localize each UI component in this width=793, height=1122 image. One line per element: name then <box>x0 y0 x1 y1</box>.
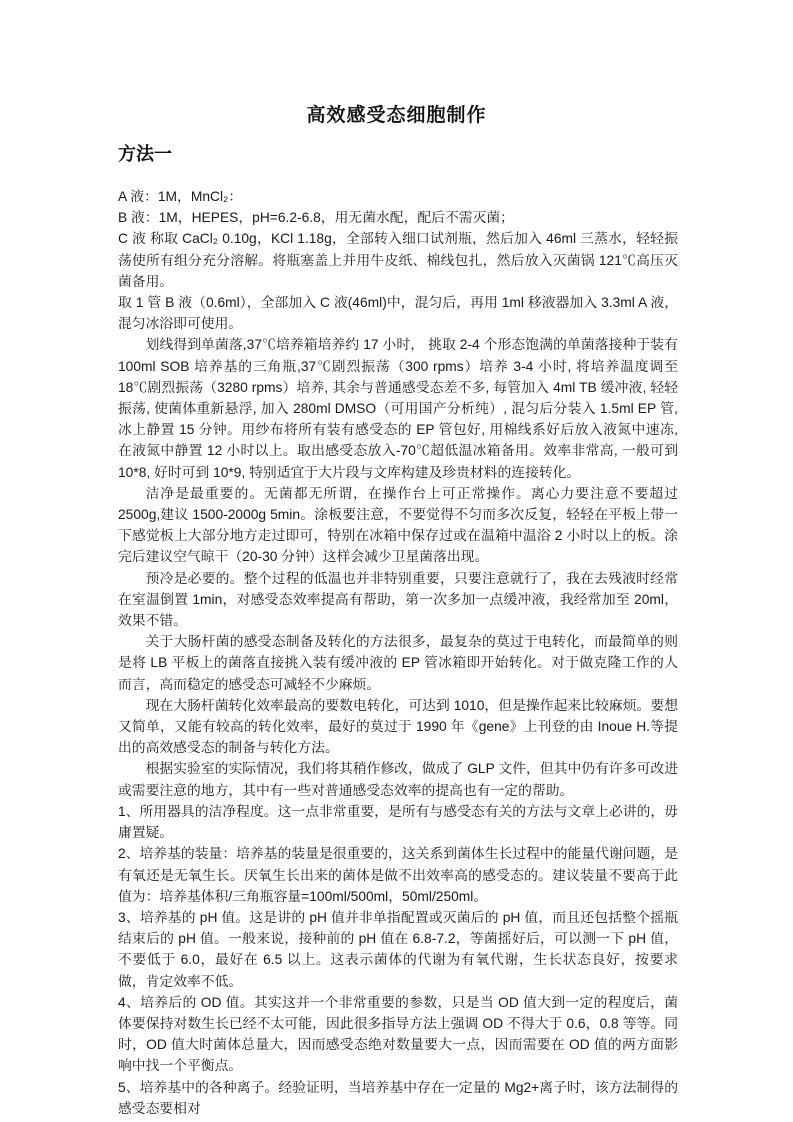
solution-c-line: C 液 称取 CaCl₂ 0.10g，KCl 1.18g，全部转入细口试剂瓶，然… <box>118 228 678 292</box>
numbered-note-2: 2、培养基的装量：培养基的装量是很重要的，这关系到菌体生长过程中的能量代谢问题，… <box>118 843 678 907</box>
paragraph-cleanliness: 洁净是最重要的。无菌都无所谓，在操作台上可正常操作。离心力要注意不要超过 250… <box>118 483 678 568</box>
section-heading-method-1: 方法一 <box>118 140 172 166</box>
solution-a-line: A 液：1M，MnCl₂： <box>118 186 678 207</box>
numbered-note-5: 5、培养基中的各种离子。经验证明，当培养基中存在一定量的 Mg2+离子时，该方法… <box>118 1077 678 1119</box>
document-page: 高效感受态细胞制作 方法一 A 液：1M，MnCl₂： B 液：1M，HEPES… <box>0 0 793 1122</box>
numbered-note-4: 4、培养后的 OD 值。其实这并一个非常重要的参数，只是当 OD 值大到一定的程… <box>118 992 678 1077</box>
paragraph-glp-note: 根据实验室的实际情况，我们将其稍作修改，做成了 GLP 文件，但其中仍有许多可改… <box>118 758 678 800</box>
paragraph-precooling: 预冷是必要的。整个过程的低温也并非特别重要，只要注意就行了，我在去残液时经常在室… <box>118 568 678 632</box>
paragraph-method-overview: 关于大肠杆菌的感受态制备及转化的方法很多，最复杂的莫过于电转化，而最简单的则是将… <box>118 631 678 695</box>
document-title: 高效感受态细胞制作 <box>0 100 793 127</box>
paragraph-culture-procedure: 划线得到单菌落,37℃培养箱培养约 17 小时， 挑取 2-4 个形态饱满的单菌… <box>118 334 678 482</box>
numbered-note-1: 1、所用器具的洁净程度。这一点非常重要，是所有与感受态有关的方法与文章上必讲的，… <box>118 801 678 843</box>
paragraph-electroporation: 现在大肠杆菌转化效率最高的要数电转化，可达到 1010，但是操作起来比较麻烦。要… <box>118 695 678 759</box>
solution-b-line: B 液：1M，HEPES，pH=6.2-6.8，用无菌水配，配后不需灭菌； <box>118 207 678 228</box>
solution-mixing-line: 取 1 管 B 液（0.6ml），全部加入 C 液(46ml)中，混匀后，再用 … <box>118 292 678 334</box>
numbered-note-3: 3、培养基的 pH 值。这是讲的 pH 值并非单指配置或灭菌后的 pH 值，而且… <box>118 907 678 992</box>
document-body: A 液：1M，MnCl₂： B 液：1M，HEPES，pH=6.2-6.8，用无… <box>118 186 678 1119</box>
